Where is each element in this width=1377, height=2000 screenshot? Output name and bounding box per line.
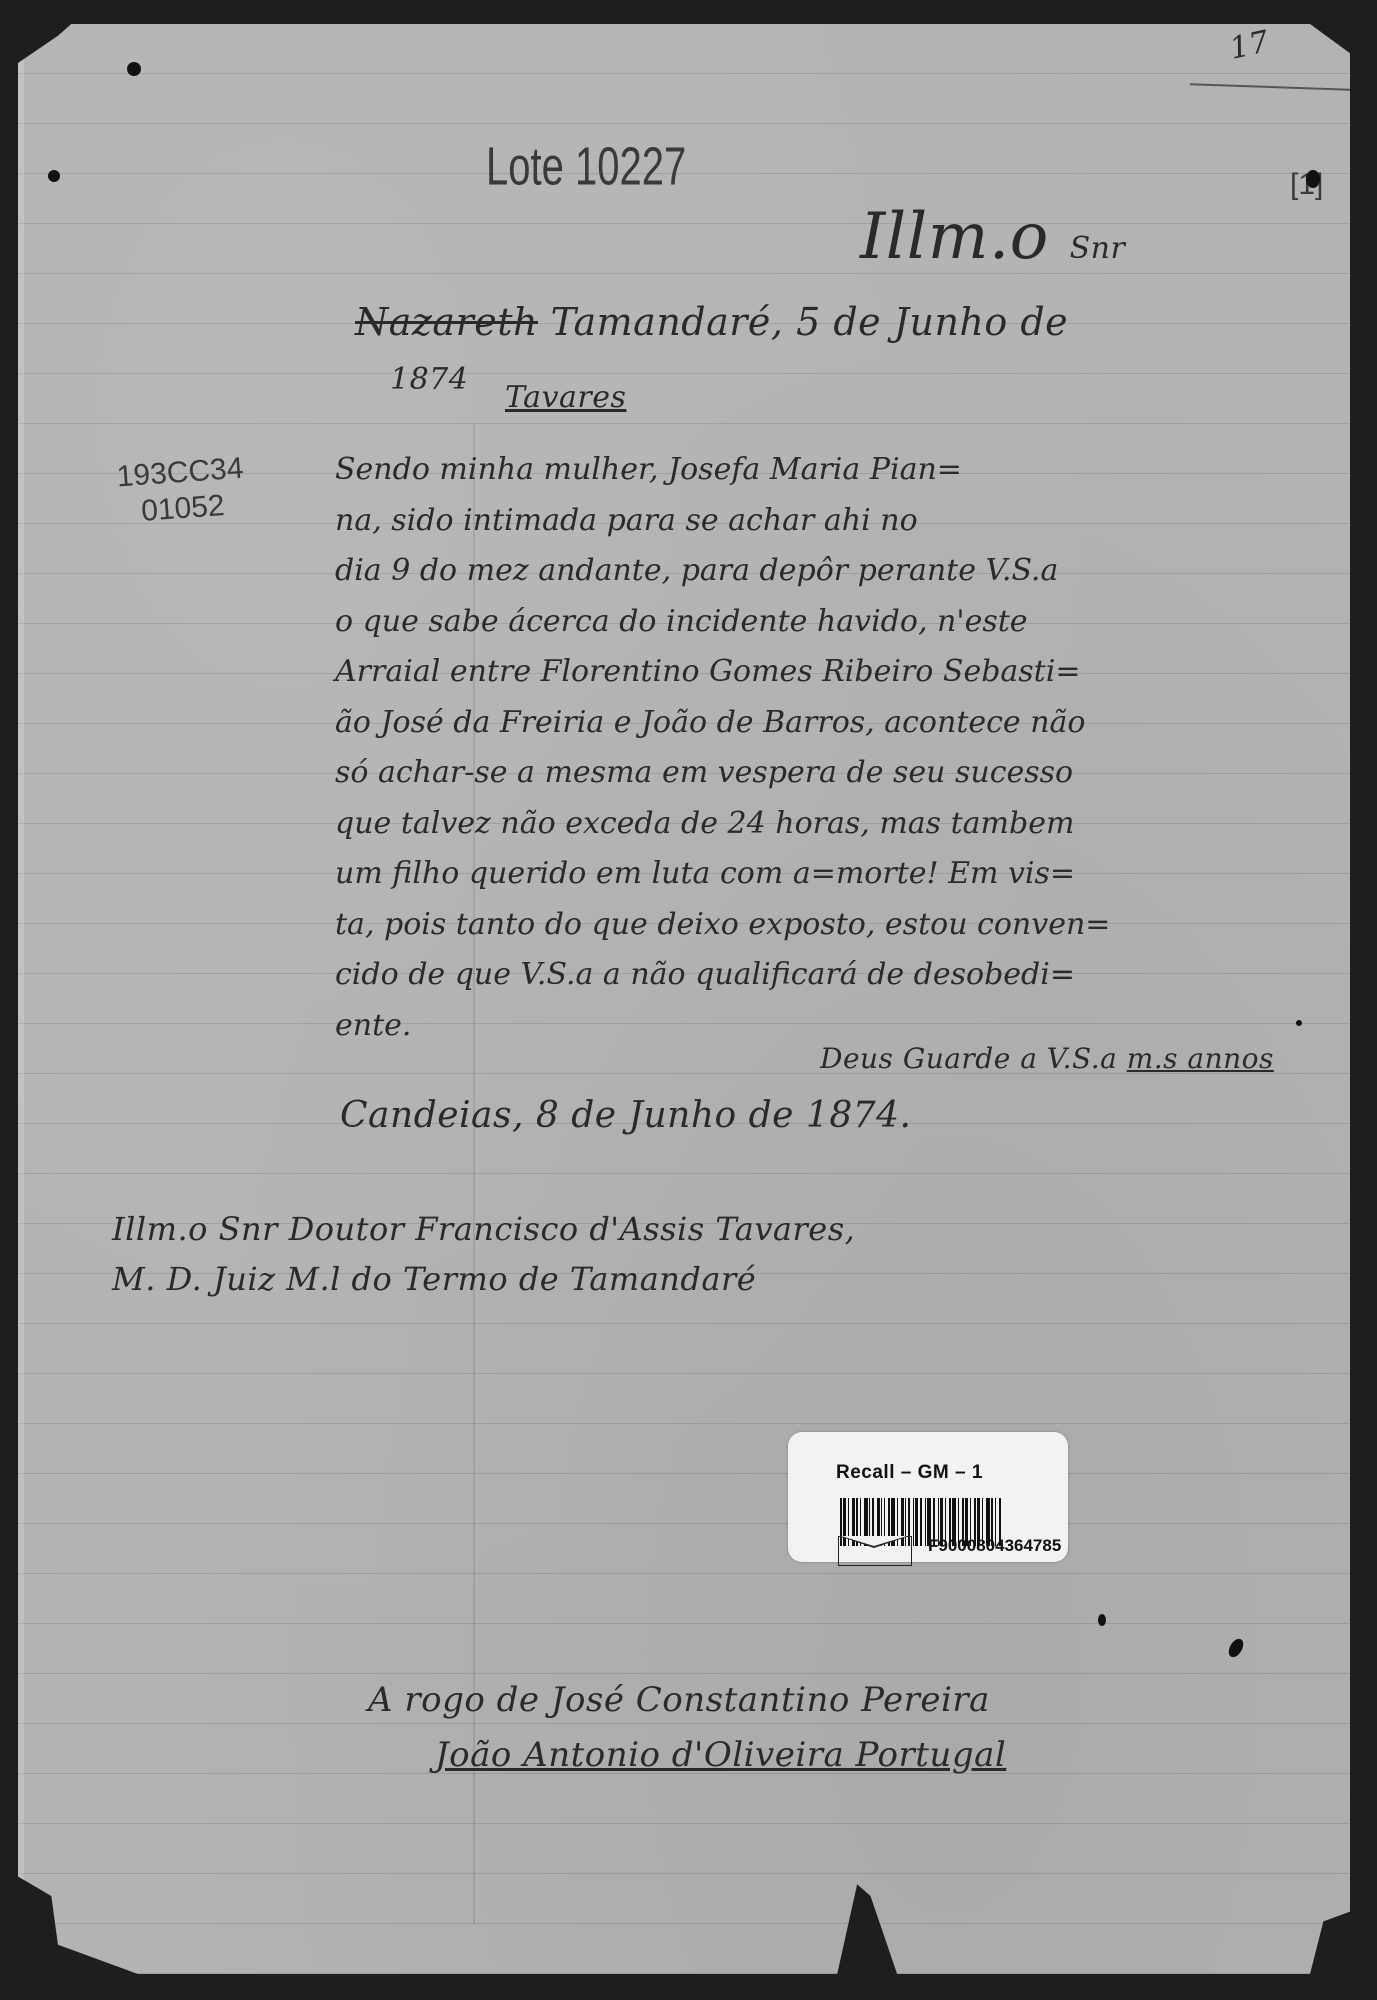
label-title: Recall – GM – 1 [836,1462,983,1484]
body-line: um filho querido em luta com a=morte! Em… [335,849,1325,900]
ink-dot [1296,1020,1302,1026]
body-line: Arraial entre Florentino Gomes Ribeiro S… [335,647,1325,698]
barcode-label: Recall – GM – 1 F9000804364785 [788,1432,1068,1562]
barcode-bar [913,1498,914,1546]
signer-name: João Antonio d'Oliveira Portugal [435,1735,1006,1775]
body-line: ão José da Freiria e João de Barros, aco… [335,698,1325,749]
addressee-line-2: M. D. Juiz M.l do Termo de Tamandaré [112,1260,756,1298]
heading-text: Tamandaré, 5 de Junho de [551,300,1069,344]
body-line: Sendo minha mulher, Josefa Maria Pian= [335,445,1325,496]
ink-blot [1098,1614,1106,1626]
salutation-main: Illm.o [860,200,1049,274]
envelope-icon [838,1536,912,1566]
closing-text: Deus Guarde a V.S.a [820,1042,1117,1075]
body-line: ta, pois tanto do que deixo exposto, est… [335,900,1325,951]
barcode-bar [915,1498,918,1546]
body-line: só achar-se a mesma em vespera de seu su… [335,748,1325,799]
page-left-edge [18,24,24,1974]
crossed-heading: Nazareth Tamandaré, 5 de Junho de [355,300,1068,344]
struck-word: Nazareth [355,300,538,344]
signed-by-request-line-1: A rogo de José Constantino Pereira [368,1680,990,1720]
signature-place-date: Candeias, 8 de Junho de 1874. [340,1095,911,1136]
addressee-line-1: Illm.o Snr Doutor Francisco d'Assis Tava… [112,1210,855,1248]
body-line: na, sido intimada para se achar ahi no [335,496,1325,547]
signed-by-request-line-2: João Antonio d'Oliveira Portugal [435,1735,1006,1775]
barcode-bar [925,1498,926,1546]
archive-reference: 193CC34 01052 [116,451,247,532]
barcode-bar [920,1498,922,1546]
salutation: Illm.o Snr [860,200,1125,274]
ink-blot [48,170,60,182]
body-line: cido de que V.S.a a não qualificará de d… [335,950,1325,1001]
ink-blot [1306,170,1320,188]
crossed-name: Tavares [505,380,626,415]
label-code: F9000804364785 [928,1536,1061,1556]
crossed-year: 1874 [390,362,468,397]
body-line: dia 9 do mez andante, para depôr perante… [335,546,1325,597]
closing-formula: Deus Guarde a V.S.a m.s annos [820,1042,1274,1075]
salutation-suffix: Snr [1070,231,1126,266]
body-line: que talvez não exceda de 24 horas, mas t… [335,799,1325,850]
body-line: o que sabe ácerca do incidente havido, n… [335,597,1325,648]
closing-underlined: m.s annos [1127,1042,1274,1075]
letter-body: Sendo minha mulher, Josefa Maria Pian= n… [335,445,1325,1051]
lot-annotation: Lote 10227 [486,137,686,198]
ink-blot [127,62,141,76]
